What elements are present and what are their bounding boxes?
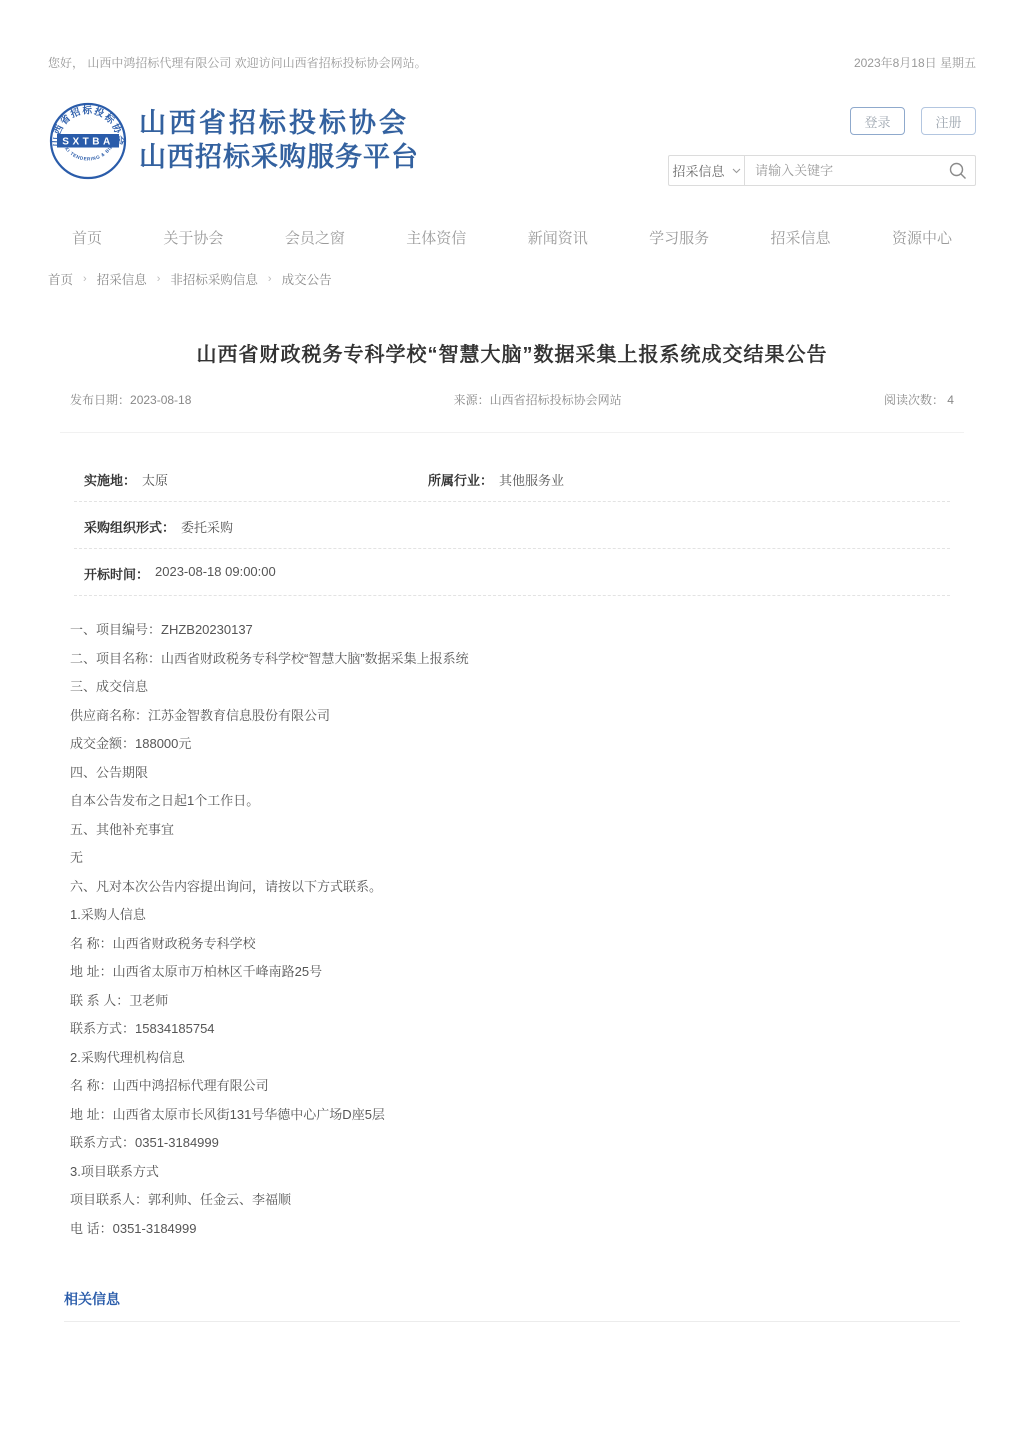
field-procurement-form: 采购组织形式： 委托采购 xyxy=(84,517,233,536)
search-submit-button[interactable] xyxy=(941,156,975,185)
header-right: 登录 注册 招采信息 xyxy=(668,99,976,186)
article-paragraph: 1.采购人信息 xyxy=(70,901,954,930)
field-row: 开标时间： 2023-08-18 09:00:00 xyxy=(74,549,950,596)
article-paragraph: 3.项目联系方式 xyxy=(70,1158,954,1187)
association-seal-icon: 山西省招标投标协会 SHAN XI TENDERING & BIDDING SX… xyxy=(48,99,128,183)
field-bid-opening-time: 开标时间： 2023-08-18 09:00:00 xyxy=(84,564,276,583)
main-navigation: 首页 关于协会 会员之窗 主体资信 新闻资讯 学习服务 招采信息 资源中心 xyxy=(48,216,976,258)
article-paragraph: 六、凡对本次公告内容提出询问，请按以下方式联系。 xyxy=(70,873,954,902)
article-paragraph: 成交金额：188000元 xyxy=(70,730,954,759)
article-source: 来源：山西省招标投标协会网站 xyxy=(454,391,622,408)
search-input[interactable] xyxy=(745,156,941,185)
article-paragraph: 五、其他补充事宜 xyxy=(70,816,954,845)
article-paragraph: 自本公告发布之日起1个工作日。 xyxy=(70,787,954,816)
topbar-date: 2023年8月18日 星期五 xyxy=(854,54,976,71)
article-paragraph: 2.采购代理机构信息 xyxy=(70,1044,954,1073)
search-category-label: 招采信息 xyxy=(673,161,725,180)
view-count: 阅读次数： 4 xyxy=(884,391,954,408)
nav-item-news[interactable]: 新闻资讯 xyxy=(528,227,588,248)
breadcrumb-non-bidding-info[interactable]: 非招标采购信息 xyxy=(170,270,258,288)
seal-center-text: SXTBA xyxy=(62,136,113,147)
nav-item-resources[interactable]: 资源中心 xyxy=(892,227,952,248)
article-body: 一、项目编号：ZHZB20230137 二、项目名称：山西省财政税务专科学校“智… xyxy=(60,616,964,1243)
field-implementation-site: 实施地： 太原 xyxy=(84,470,168,489)
related-info-title: 相关信息 xyxy=(64,1289,960,1309)
site-header: 山西省招标投标协会 SHAN XI TENDERING & BIDDING SX… xyxy=(48,99,976,186)
article-paragraph: 一、项目编号：ZHZB20230137 xyxy=(70,616,954,645)
page-container: 您好， 山西中鸿招标代理有限公司 欢迎访问山西省招标投标协会网站。 2023年8… xyxy=(48,0,976,1452)
article-paragraph: 名 称：山西省财政税务专科学校 xyxy=(70,930,954,959)
article-paragraph: 地 址：山西省太原市长风街131号华德中心广场D座5层 xyxy=(70,1101,954,1130)
related-section: 相关信息 xyxy=(60,1289,964,1322)
login-button[interactable]: 登录 xyxy=(850,107,905,135)
nav-item-members[interactable]: 会员之窗 xyxy=(285,227,345,248)
article-paragraph: 二、项目名称：山西省财政税务专科学校“智慧大脑”数据采集上报系统 xyxy=(70,645,954,674)
brand-logo[interactable]: 山西省招标投标协会 SHAN XI TENDERING & BIDDING SX… xyxy=(48,99,419,183)
breadcrumb: 首页 › 招采信息 › 非招标采购信息 › 成交公告 xyxy=(48,270,976,288)
topbar: 您好， 山西中鸿招标代理有限公司 欢迎访问山西省招标投标协会网站。 2023年8… xyxy=(48,0,976,71)
brand-line2: 山西招标采购服务平台 xyxy=(139,141,419,175)
brand-line1: 山西省招标投标协会 xyxy=(139,107,419,141)
breadcrumb-separator: › xyxy=(268,273,272,285)
article-paragraph: 名 称：山西中鸿招标代理有限公司 xyxy=(70,1072,954,1101)
nav-item-about[interactable]: 关于协会 xyxy=(163,227,223,248)
nav-item-home[interactable]: 首页 xyxy=(72,227,102,248)
field-row: 实施地： 太原 所属行业： 其他服务业 xyxy=(74,455,950,502)
search-bar: 招采信息 xyxy=(668,155,976,186)
article-paragraph: 无 xyxy=(70,844,954,873)
nav-item-learning[interactable]: 学习服务 xyxy=(649,227,709,248)
auth-buttons: 登录 注册 xyxy=(850,107,976,135)
article-paragraph: 项目联系人：郭利帅、任金云、李福顺 xyxy=(70,1186,954,1215)
breadcrumb-separator: › xyxy=(83,273,87,285)
search-icon xyxy=(948,161,968,181)
article-paragraph: 联 系 人：卫老师 xyxy=(70,987,954,1016)
article-paragraph: 四、公告期限 xyxy=(70,759,954,788)
article-paragraph: 电 话：0351-3184999 xyxy=(70,1215,954,1244)
article-paragraph: 三、成交信息 xyxy=(70,673,954,702)
article-meta: 发布日期：2023-08-18 来源：山西省招标投标协会网站 阅读次数： 4 xyxy=(60,391,964,433)
chevron-down-icon xyxy=(732,168,741,174)
footer-spacer xyxy=(48,1322,976,1452)
article-paragraph: 地 址：山西省太原市万柏林区千峰南路25号 xyxy=(70,958,954,987)
search-category-dropdown[interactable]: 招采信息 xyxy=(669,156,745,185)
info-fields: 实施地： 太原 所属行业： 其他服务业 采购组织形式： 委托采购 开标时间： 2… xyxy=(60,455,964,596)
breadcrumb-procurement-info[interactable]: 招采信息 xyxy=(97,270,147,288)
nav-item-entity-credit[interactable]: 主体资信 xyxy=(406,227,466,248)
article-title: 山西省财政税务专科学校“智慧大脑”数据采集上报系统成交结果公告 xyxy=(60,338,964,367)
register-button[interactable]: 注册 xyxy=(921,107,976,135)
breadcrumb-home[interactable]: 首页 xyxy=(48,270,73,288)
breadcrumb-separator: › xyxy=(157,273,161,285)
nav-item-procurement-info[interactable]: 招采信息 xyxy=(771,227,831,248)
breadcrumb-deal-announcement[interactable]: 成交公告 xyxy=(282,270,332,288)
article-paragraph: 供应商名称：江苏金智教育信息股份有限公司 xyxy=(70,702,954,731)
publish-date: 发布日期：2023-08-18 xyxy=(70,391,191,408)
topbar-greeting: 您好， 山西中鸿招标代理有限公司 欢迎访问山西省招标投标协会网站。 xyxy=(48,54,427,71)
brand-text: 山西省招标投标协会 山西招标采购服务平台 xyxy=(139,107,419,175)
field-industry: 所属行业： 其他服务业 xyxy=(428,470,564,489)
article-paragraph: 联系方式：0351-3184999 xyxy=(70,1129,954,1158)
article-paragraph: 联系方式：15834185754 xyxy=(70,1015,954,1044)
article: 山西省财政税务专科学校“智慧大脑”数据采集上报系统成交结果公告 发布日期：202… xyxy=(48,338,976,1322)
field-row: 采购组织形式： 委托采购 xyxy=(74,502,950,549)
